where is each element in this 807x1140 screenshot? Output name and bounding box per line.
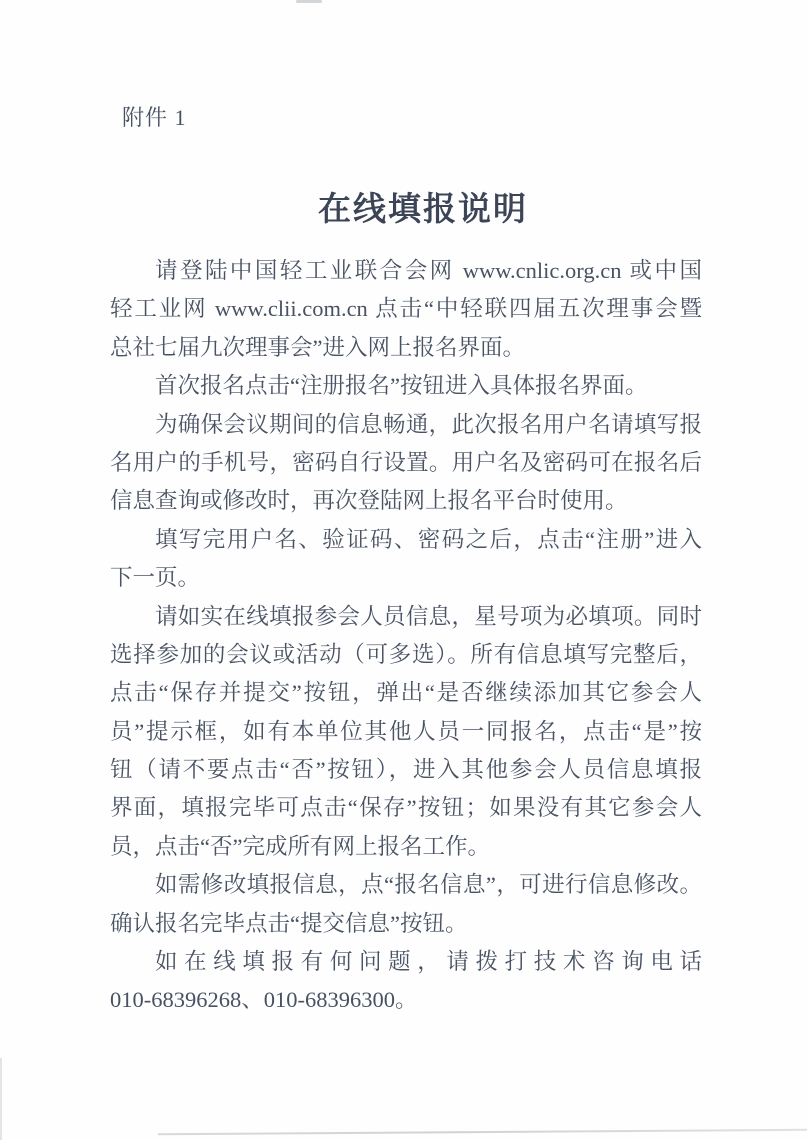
page-title: 在线填报说明 xyxy=(127,183,719,230)
text-line: 下一页。 xyxy=(110,559,702,597)
text-line: 信息查询或修改时，再次登陆网上报名平台时使用。 xyxy=(110,482,702,520)
document-body: 请登陆中国轻工业联合会网 www.cnlic.org.cn 或中国轻工业网 ww… xyxy=(110,252,702,1020)
text-line: 如在线填报有何问题，请拨打技术咨询电话 xyxy=(110,943,702,981)
scan-artifact-bottom-edge xyxy=(158,1129,807,1136)
text-line: 总社七届九次理事会”进入网上报名界面。 xyxy=(110,329,702,367)
scan-artifact-left-edge xyxy=(0,1058,2,1140)
text-line: 员，点击“否”完成所有网上报名工作。 xyxy=(110,828,702,866)
text-line: 轻工业网 www.clii.com.cn 点击“中轻联四届五次理事会暨 xyxy=(110,290,702,328)
scanned-page: 附件 1 在线填报说明 请登陆中国轻工业联合会网 www.cnlic.org.c… xyxy=(0,0,807,1140)
text-line: 如需修改填报信息，点“报名信息”，可进行信息修改。 xyxy=(110,866,702,904)
text-line: 选择参加的会议或活动（可多选）。所有信息填写完整后， xyxy=(110,636,702,674)
scan-artifact-top xyxy=(296,0,322,3)
text-line: 010-68396268、010-68396300。 xyxy=(110,981,702,1019)
text-line: 员”提示框，如有本单位其他人员一同报名，点击“是”按 xyxy=(110,713,702,751)
text-line: 首次报名点击“注册报名”按钮进入具体报名界面。 xyxy=(110,367,702,405)
attachment-label: 附件 1 xyxy=(122,101,187,132)
text-line: 名用户的手机号，密码自行设置。用户名及密码可在报名后 xyxy=(110,444,702,482)
text-line: 请如实在线填报参会人员信息，星号项为必填项。同时 xyxy=(110,598,702,636)
text-line: 点击“保存并提交”按钮，弹出“是否继续添加其它参会人 xyxy=(110,674,702,712)
text-line: 确认报名完毕点击“提交信息”按钮。 xyxy=(110,905,702,943)
text-line: 界面，填报完毕可点击“保存”按钮；如果没有其它参会人 xyxy=(110,789,702,827)
text-line: 填写完用户名、验证码、密码之后，点击“注册”进入 xyxy=(110,521,702,559)
text-line: 请登陆中国轻工业联合会网 www.cnlic.org.cn 或中国 xyxy=(110,252,702,290)
text-line: 钮（请不要点击“否”按钮），进入其他参会人员信息填报 xyxy=(110,751,702,789)
text-line: 为确保会议期间的信息畅通，此次报名用户名请填写报 xyxy=(110,406,702,444)
